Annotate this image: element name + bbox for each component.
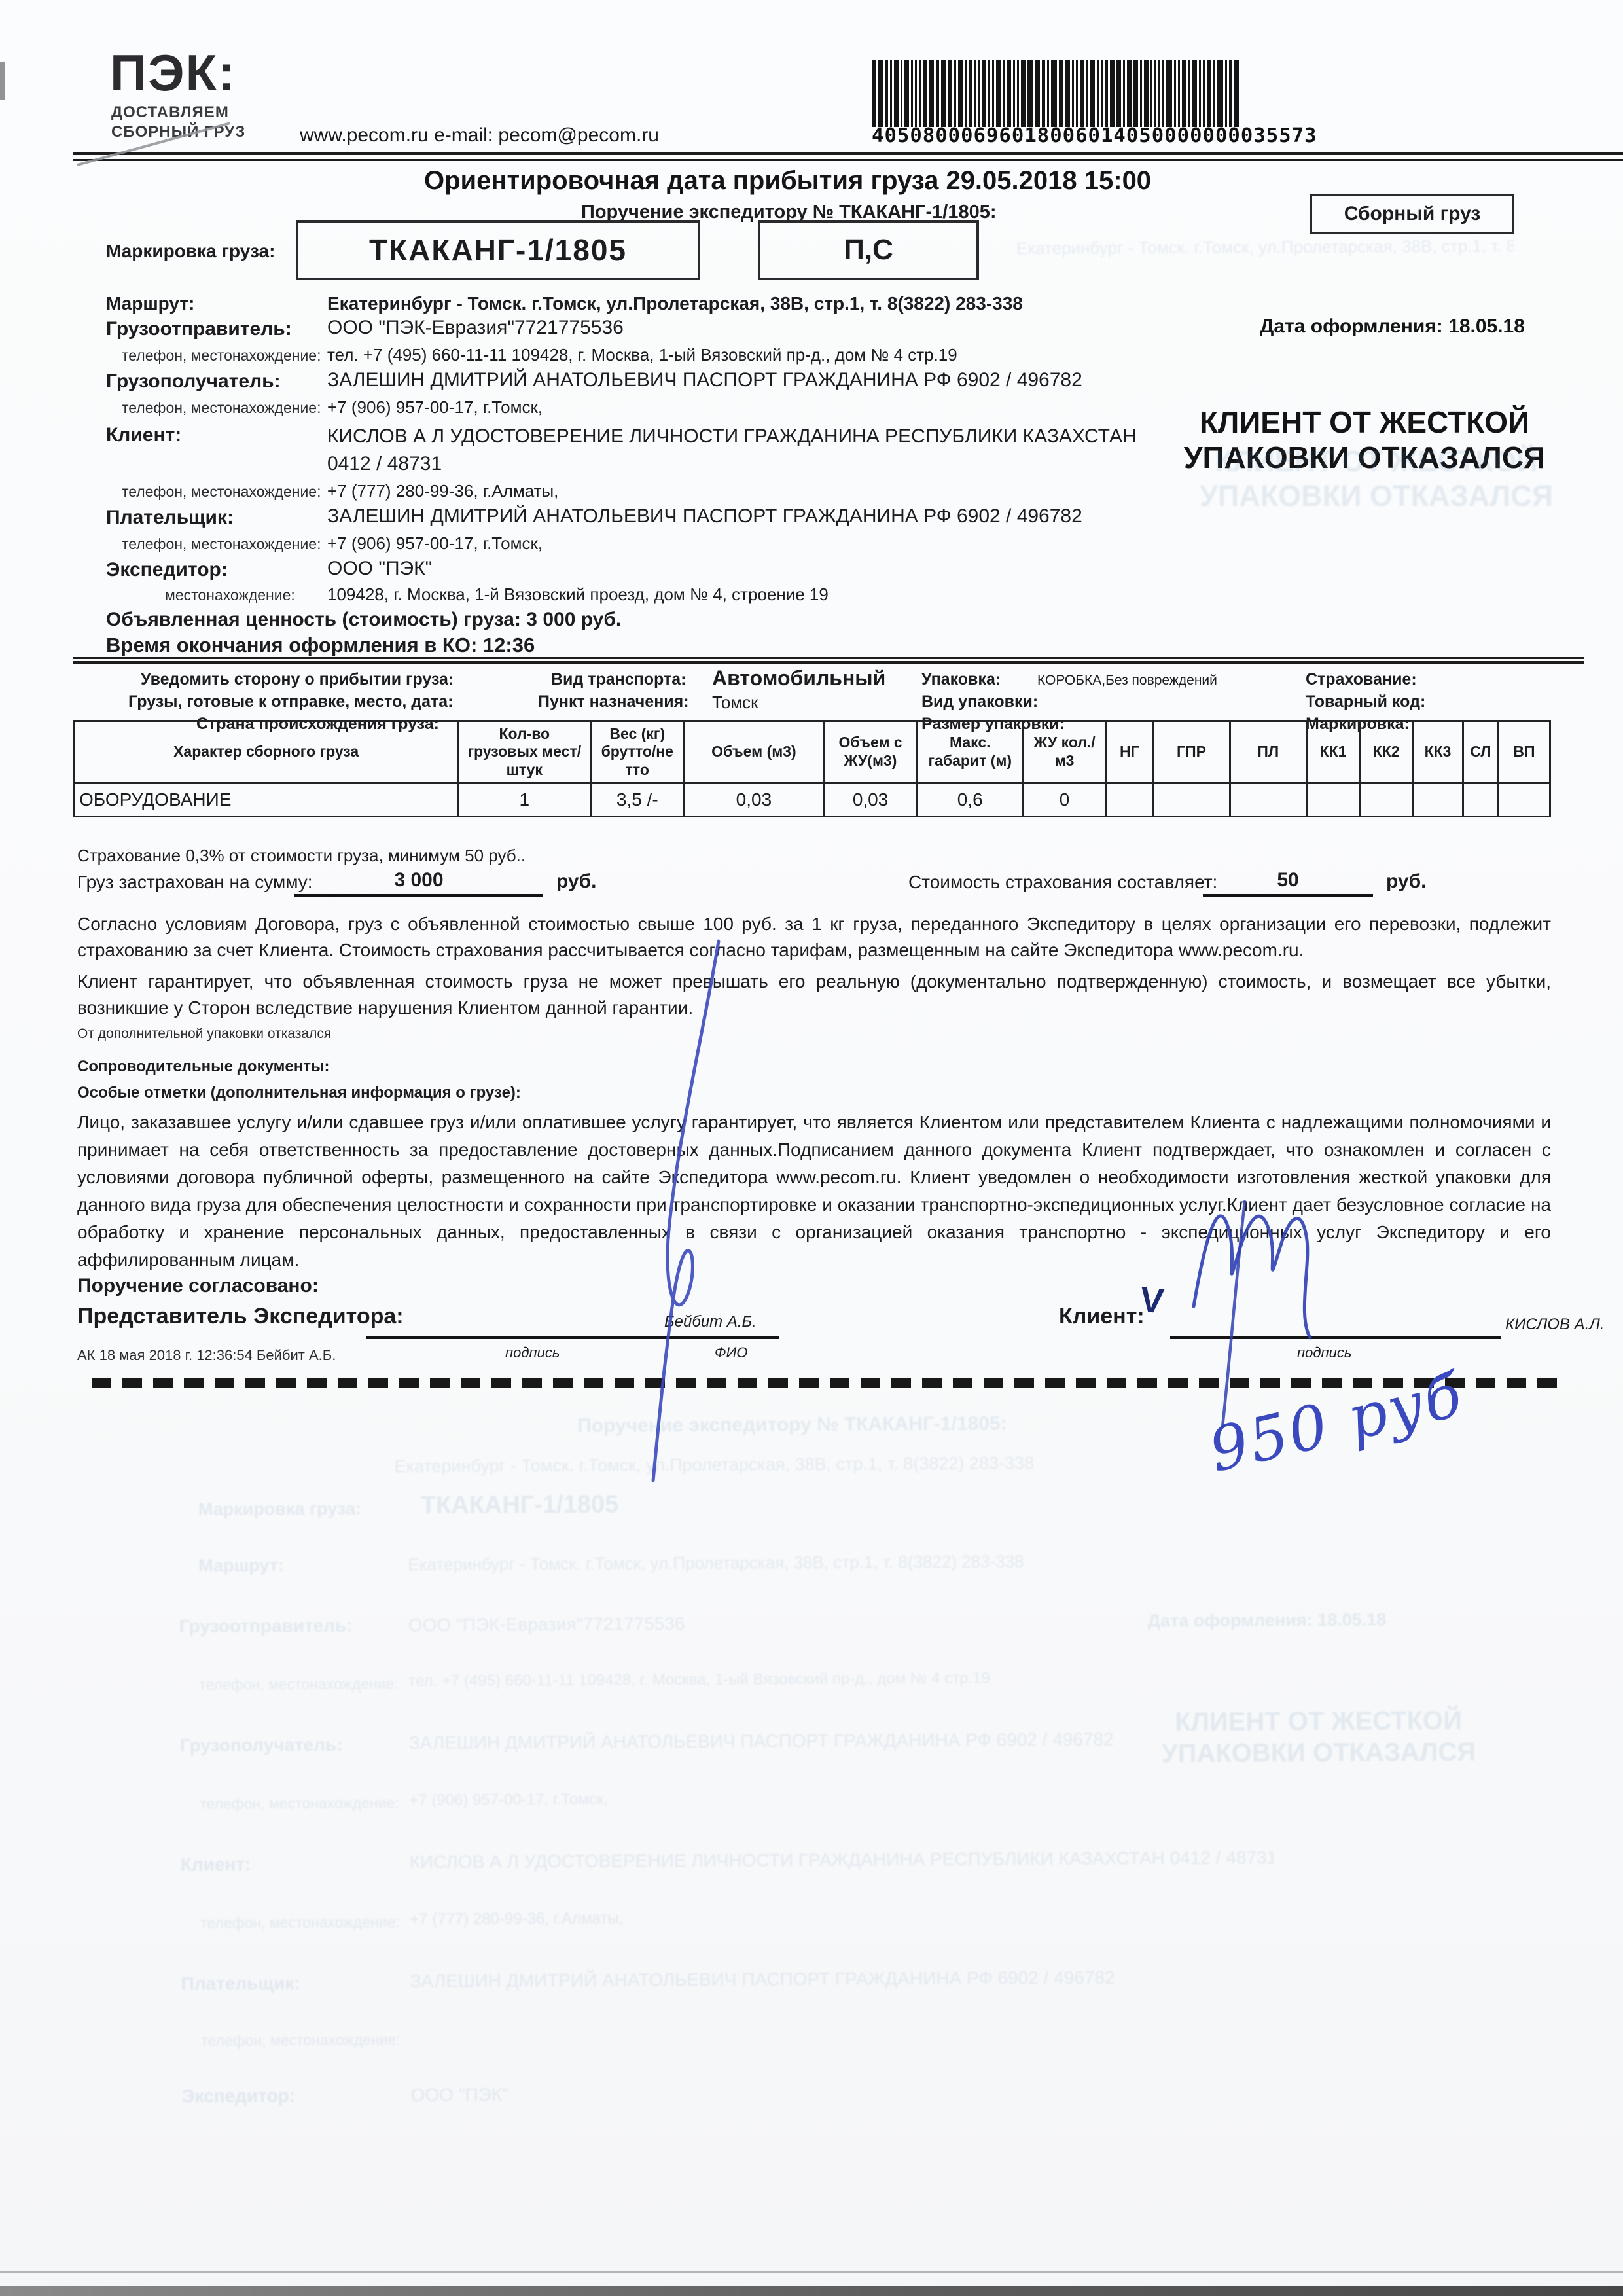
scan-edge-mark (0, 62, 5, 100)
scan-bottom-band (0, 2286, 1623, 2296)
scan-bottom-line (0, 2271, 1623, 2273)
ghost-bleed-layer: Екатеринбург - Томск. г.Томск, ул.Пролет… (0, 0, 1623, 2296)
scanned-freight-document: ПЭК: ДОСТАВЛЯЕМ СБОРНЫЙ ГРУЗ www.pecom.r… (0, 0, 1623, 2296)
